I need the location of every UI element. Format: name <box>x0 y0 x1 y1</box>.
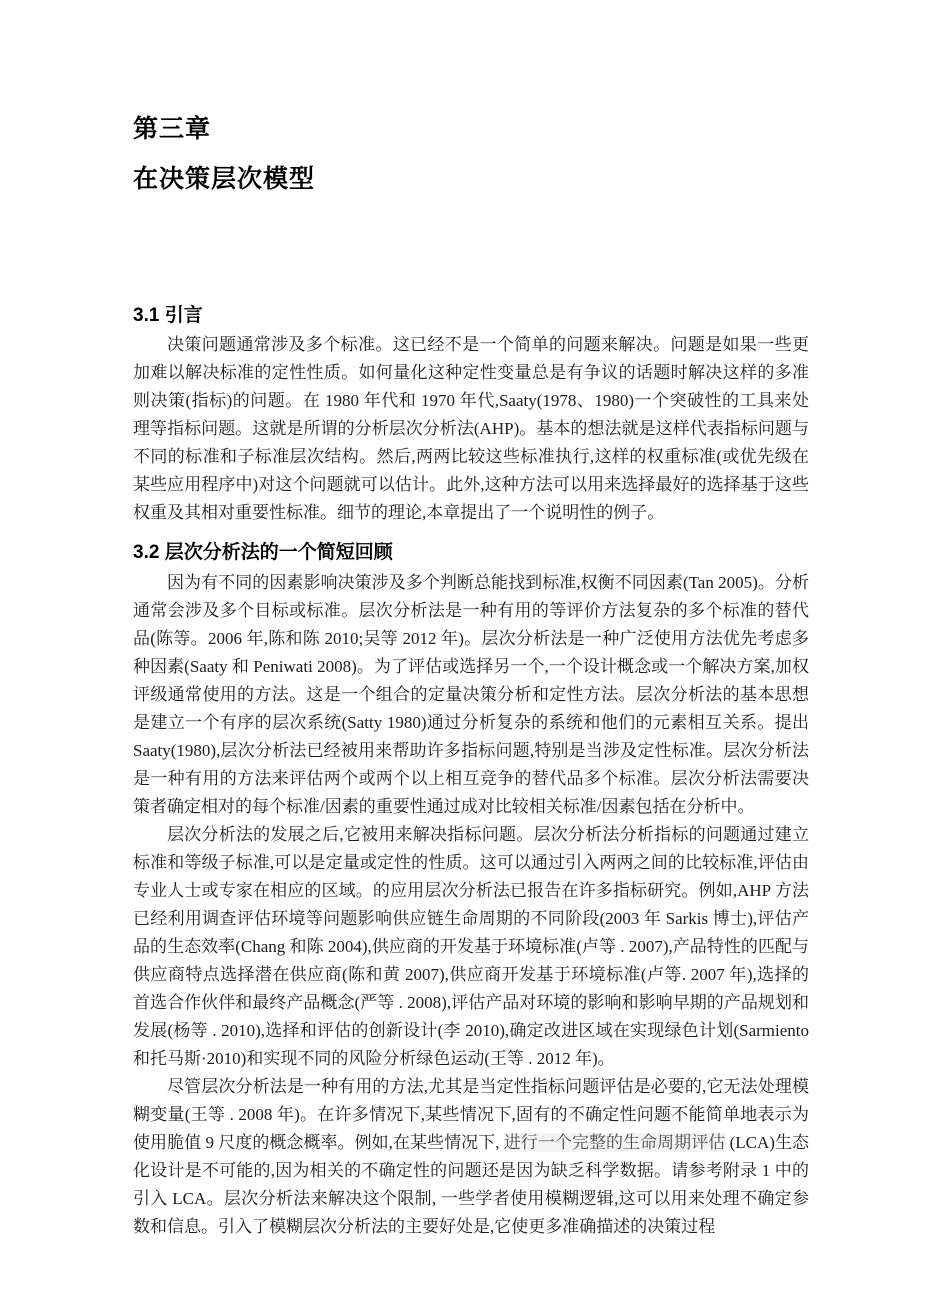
section-heading-3-1: 3.1 引言 <box>133 304 809 328</box>
chapter-title: 在决策层次模型 <box>133 164 809 194</box>
chapter-number: 第三章 <box>133 114 809 144</box>
document-page: 第三章 在决策层次模型 3.1 引言 决策问题通常涉及多个标准。这已经不是一个简… <box>0 0 926 1309</box>
paragraph-review-3: 尽管层次分析法是一种有用的方法,尤其是当定性指标问题评估是必要的,它无法处理模糊… <box>133 1073 809 1241</box>
highlighted-text: 进行一个完整的生命周期评估 <box>504 1133 726 1152</box>
paragraph-review-2: 层次分析法的发展之后,它被用来解决指标问题。层次分析法分析指标的问题通过建立标准… <box>133 821 809 1073</box>
paragraph-intro: 决策问题通常涉及多个标准。这已经不是一个简单的问题来解决。问题是如果一些更加难以… <box>133 331 809 527</box>
section-heading-3-2: 3.2 层次分析法的一个简短回顾 <box>133 541 809 565</box>
paragraph-review-1: 因为有不同的因素影响决策涉及多个判断总能找到标准,权衡不同因素(Tan 2005… <box>133 569 809 821</box>
document-content: 第三章 在决策层次模型 3.1 引言 决策问题通常涉及多个标准。这已经不是一个简… <box>133 0 809 1241</box>
